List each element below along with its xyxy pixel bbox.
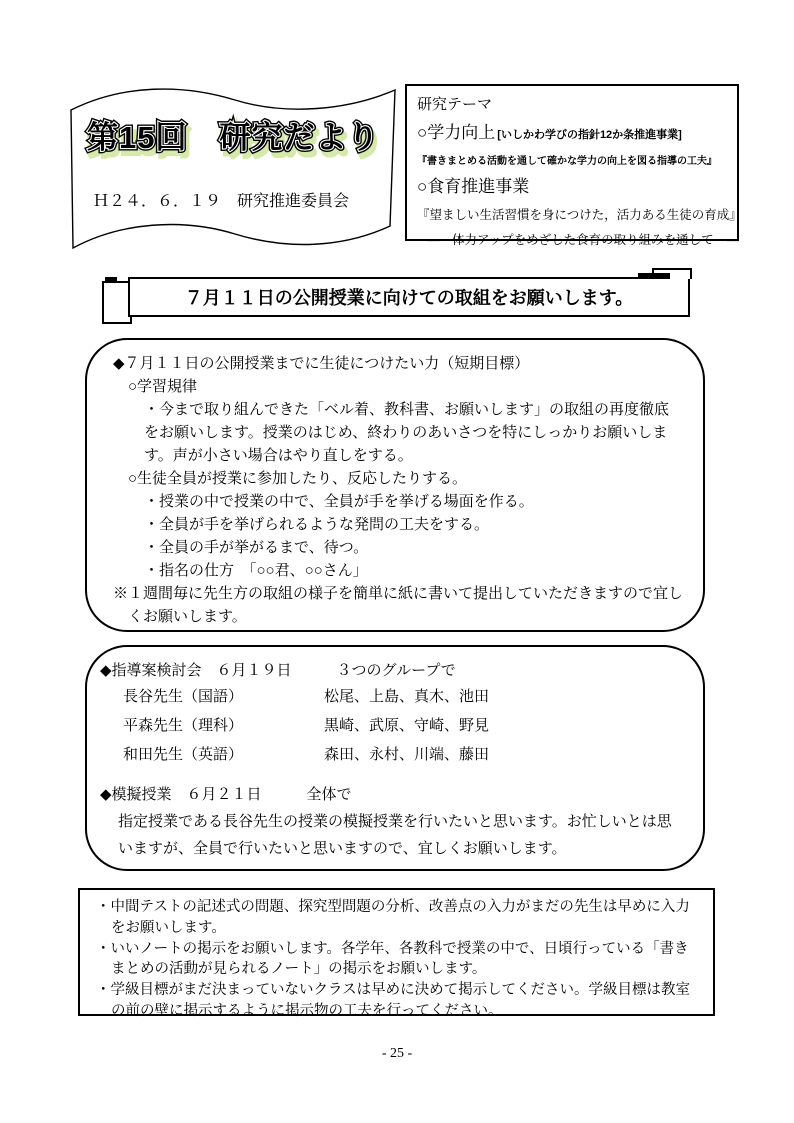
banner-wave-shape [63,76,403,252]
banner: 第15回 研究だより 第15回 研究だより 第15回 研究だより 第15回 研究… [63,76,403,252]
meetings-box: ◆指導案検討会 ６月１９日 ３つのグループで 長谷先生（国語） 松尾、上島、真木… [85,645,705,871]
group-members: 松尾、上島、真木、池田 [324,683,489,712]
group-leader: 和田先生（英語） [123,741,324,770]
page-number: - 25 - [0,1046,794,1062]
theme-item-academic-note: [いしかわ学びの指針12か条推進事業] [497,126,682,142]
theme-item-nutrition-title: ○食育推進事業 [417,172,729,197]
goals-bullet-2: ・全員が手を挙げられるような発問の工夫をする。 [113,514,683,537]
goals-note: ※１週間毎に先生方の取組の様子を簡単に紙に書いて提出していただきますので宜しくお… [113,583,683,629]
goals-bullet-3: ・全員の手が挙がるまで、待つ。 [113,537,683,560]
notices-box: ・中間テストの記述式の問題、探究型問題の分析、改善点の入力がまだの先生は早めに入… [78,888,715,1016]
headline-scroll: ７月１１日の公開授業に向けての取組をお願いします。 [100,266,696,324]
goals-rule-detail: ・今まで取り組んできた「ベル着、教科書、お願いします」の取組の再度徹底をお願いし… [113,399,683,468]
group-row: 平森先生（理科） 黒崎、武原、守崎、野見 [100,712,685,741]
group-members: 森田、永村、川端、藤田 [324,741,489,770]
mock-lesson-heading: ◆模擬授業 ６月２１日 全体で [100,783,685,807]
notice-item-class-goal: ・学級目標がまだ決まっていないクラスは早めに決めて掲示してください。学級目標は教… [96,980,695,1022]
goals-rule-heading: ○学習規律 [113,376,683,399]
headline-band: ７月１１日の公開授業に向けての取組をお願いします。 [128,277,690,317]
group-row: 長谷先生（国語） 松尾、上島、真木、池田 [100,683,685,712]
group-leader: 長谷先生（国語） [123,683,324,712]
mock-lesson-body: 指定授業である長谷先生の授業の模擬授業を行いたいと思います。お忙しいとは思います… [100,809,685,863]
scroll-right-roll-shadow [638,273,670,279]
goals-box: ◆７月１１日の公開授業までに生徒につけたい力（短期目標） ○学習規律 ・今まで取… [85,338,705,632]
newsletter-title-text: 第15回 研究だより [87,112,379,157]
group-row: 和田先生（英語） 森田、永村、川端、藤田 [100,741,685,770]
theme-item-nutrition-subtitle: 『望ましい生活習慣を身につけた，活力ある生徒の育成』 [417,205,729,223]
theme-item-nutrition-subtitle2: ― 体力アップをめざした食育の取り組みを通して ― [417,230,729,248]
theme-item-academic-title: ○学力向上 [417,118,495,143]
goals-heading: ◆７月１１日の公開授業までに生徒につけたい力（短期目標） [113,353,683,376]
theme-heading: 研究テーマ [417,93,729,114]
headline-text: ７月１１日の公開授業に向けての取組をお願いします。 [185,284,634,310]
group-leader: 平森先生（理科） [123,712,324,741]
newsletter-page: 第15回 研究だより 第15回 研究だより 第15回 研究だより 第15回 研究… [0,0,794,1123]
review-meeting-heading: ◆指導案検討会 ６月１９日 ３つのグループで [100,659,685,683]
newsletter-title: 第15回 研究だより 第15回 研究だより 第15回 研究だより 第15回 研究… [87,112,387,162]
issue-date-line: Ｈ２４．６．１９ 研究推進委員会 [93,188,349,211]
goals-bullet-1: ・授業の中で授業の中で、全員が手を挙げる場面を作る。 [113,491,683,514]
goals-bullet-4: ・指名の仕方 「○○君、○○さん」 [113,560,683,583]
notice-item-notebook-display: ・いいノートの掲示をお願いします。各学年、各教科で授業の中で、日頃行っている「書… [96,939,695,981]
group-members: 黒崎、武原、守崎、野見 [324,712,489,741]
theme-item-academic-subtitle: 『書きまとめる活動を通して確かな学力の向上を図る指導の工夫』 [417,152,729,167]
theme-item-academic: ○学力向上 [いしかわ学びの指針12か条推進事業] [417,118,729,143]
research-theme-box: 研究テーマ ○学力向上 [いしかわ学びの指針12か条推進事業] 『書きまとめる活… [405,84,739,241]
notice-item-test-input: ・中間テストの記述式の問題、探究型問題の分析、改善点の入力がまだの先生は早めに入… [96,897,695,939]
goals-participation-heading: ○生徒全員が授業に参加したり、反応したりする。 [113,468,683,491]
